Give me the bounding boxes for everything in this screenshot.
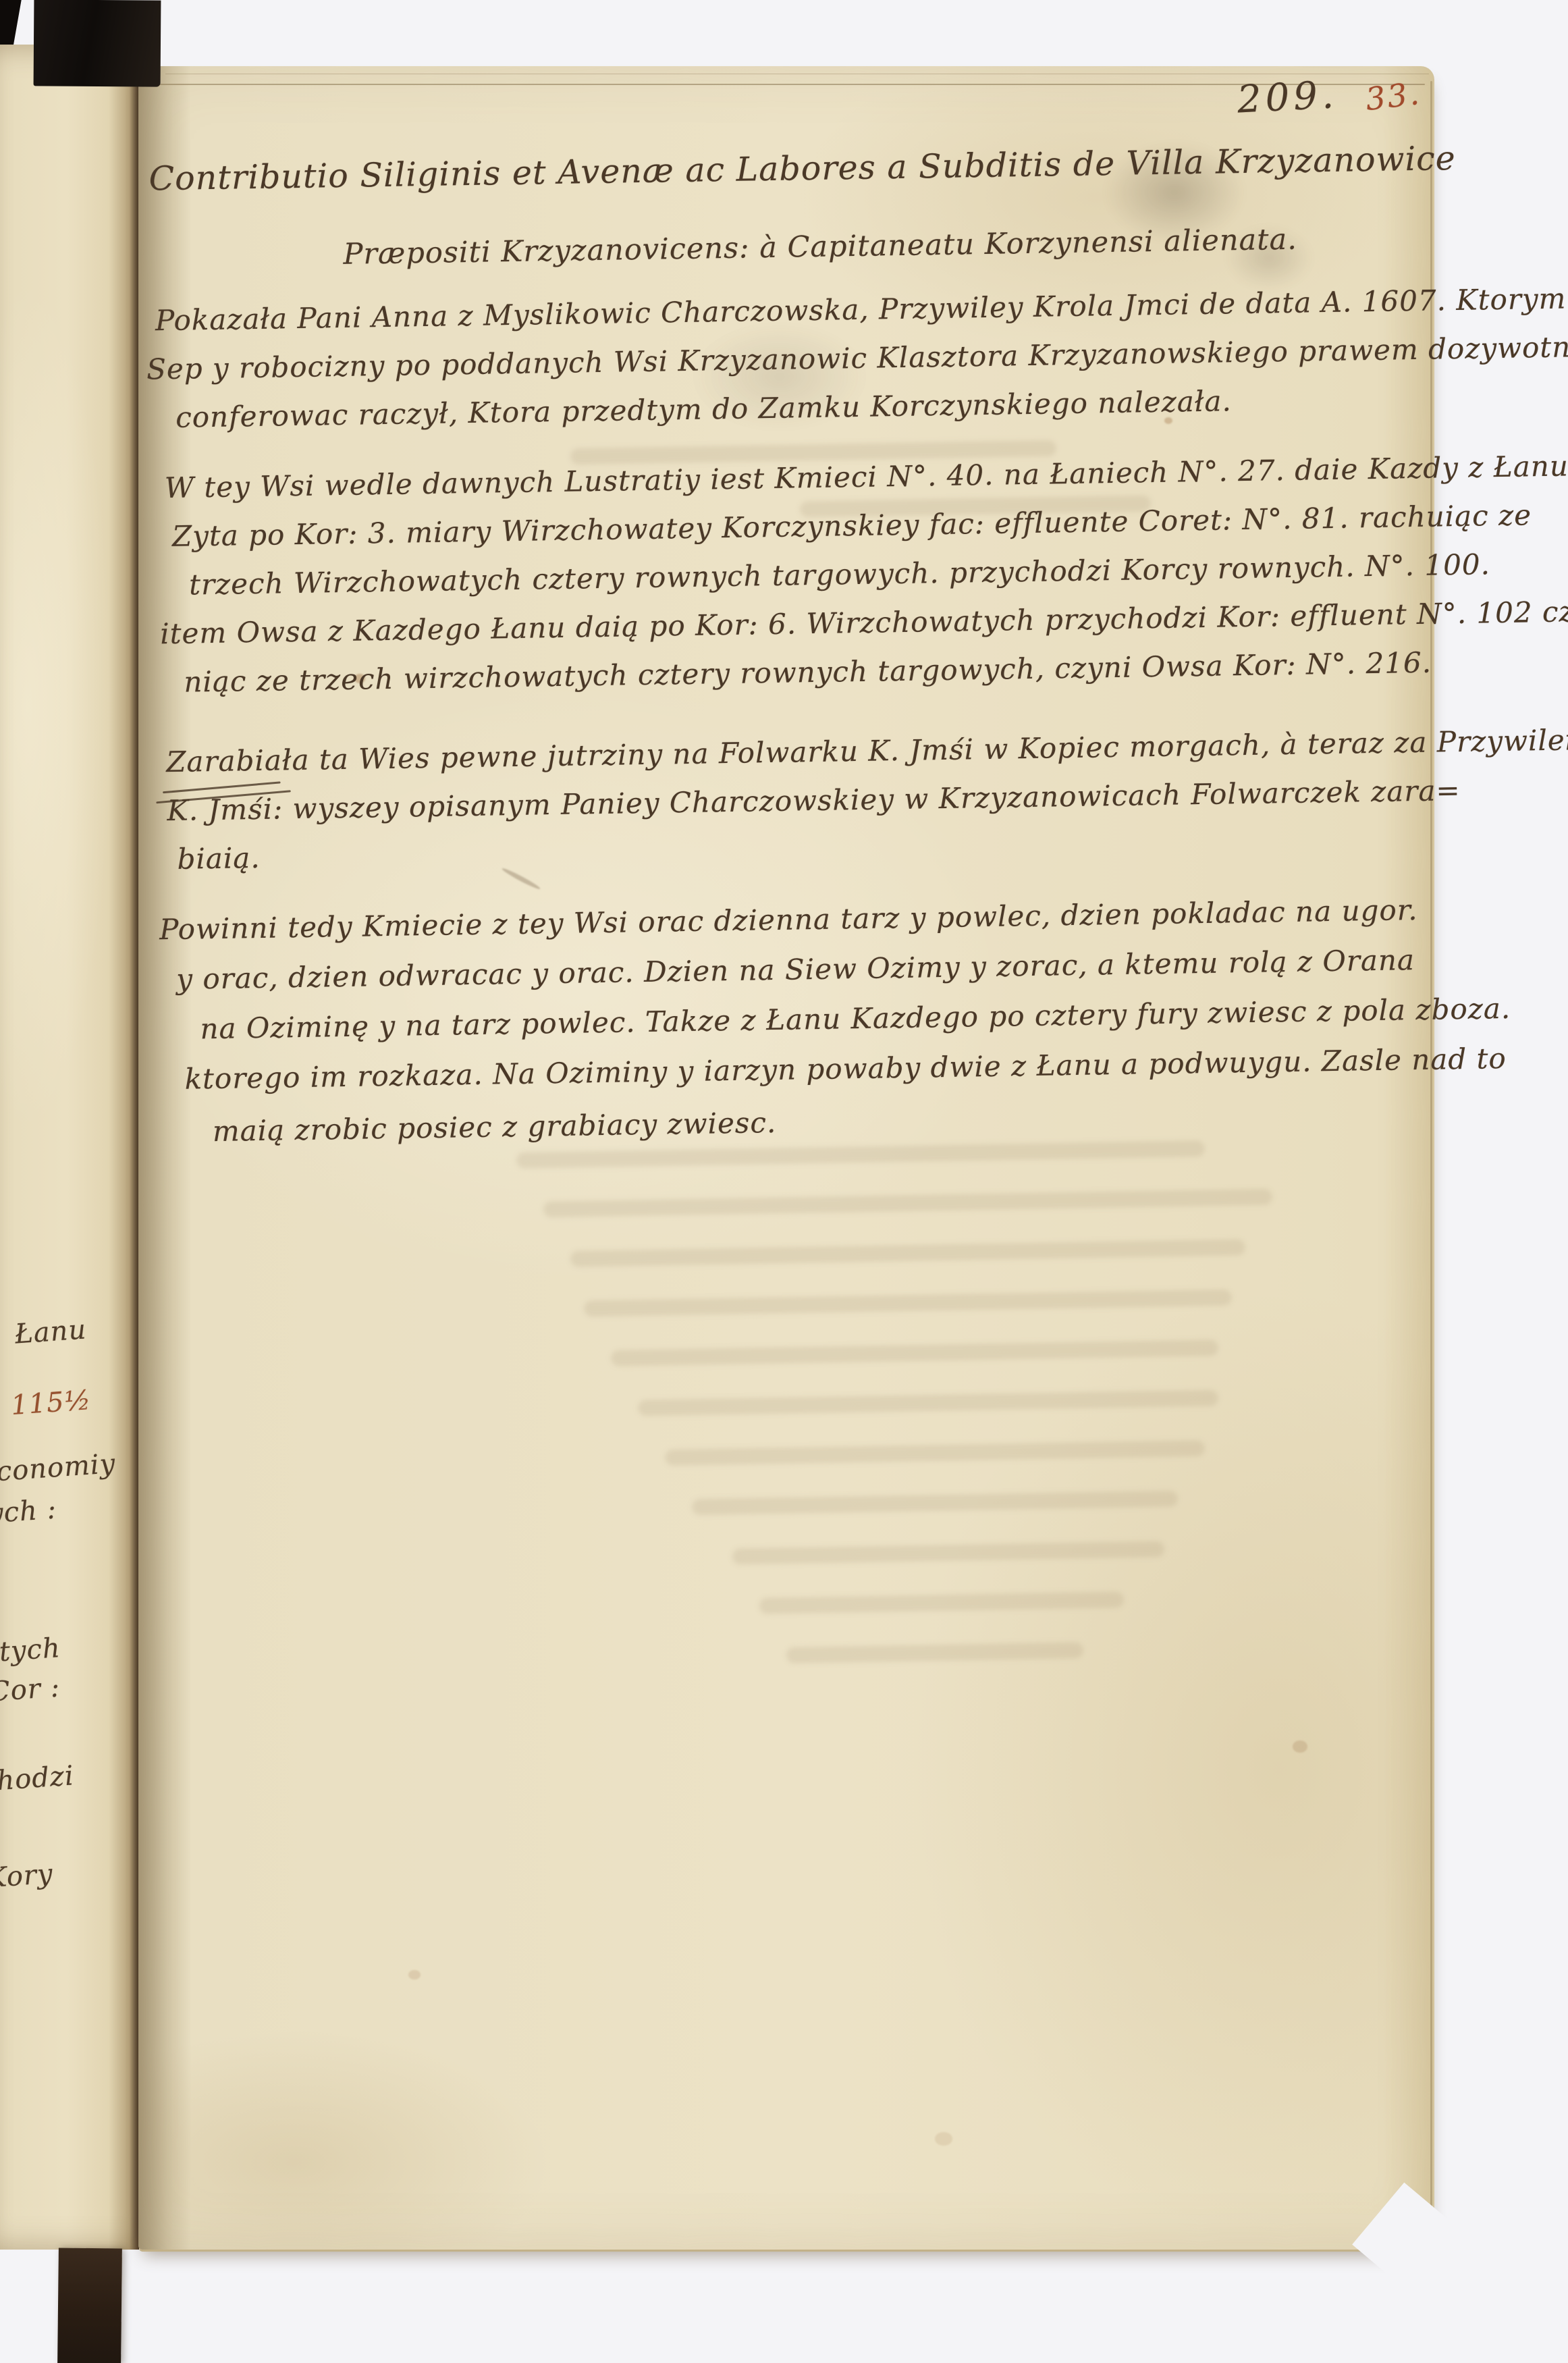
paragraph-line: Pokazała Pani Anna z Myslikowic Charczow… bbox=[155, 282, 1567, 337]
paragraph-line: y orac, dzien odwracac y orac. Dzien na … bbox=[176, 943, 1415, 996]
title-line-1: Contributio Siliginis et Avenæ ac Labore… bbox=[148, 139, 1456, 198]
paragraph-line: maią zrobic posiec z grabiacy zwiesc. bbox=[212, 1106, 776, 1148]
folio-number: 209. bbox=[1236, 73, 1339, 122]
paragraph-line: item Owsa z Kazdego Łanu daią po Kor: 6.… bbox=[160, 594, 1568, 650]
paragraph-line: Zarabiała ta Wies pewne jutrziny na Folw… bbox=[166, 722, 1568, 778]
paragraph-line: K. Jmśi: wyszey opisanym Paniey Charczow… bbox=[167, 774, 1461, 827]
facing-page-edge: Łanu : 115½ economiy ych : atych Cor : c… bbox=[0, 45, 139, 2250]
margin-fragment: Kory bbox=[0, 1859, 54, 1894]
paragraph-line: na Oziminę y na tarz powlec. Takze z Łan… bbox=[200, 992, 1511, 1045]
paragraph-line: niąc ze trzech wirzchowatych cztery rown… bbox=[184, 646, 1432, 699]
paragraph-line: W tey Wsi wedle dawnych Lustratiy iest K… bbox=[164, 449, 1568, 504]
underline-flourish bbox=[163, 781, 281, 793]
paragraph-line: conferowac raczył, Ktora przedtym do Zam… bbox=[175, 384, 1232, 434]
folio-number-red: 33. bbox=[1363, 75, 1423, 117]
margin-fragment: atych bbox=[0, 1632, 61, 1669]
margin-fragment: Cor : bbox=[0, 1672, 61, 1707]
handwritten-content: 209. 33. Contributio Siliginis et Avenæ … bbox=[138, 46, 1468, 2250]
bookmark-ribbon-tail bbox=[57, 2248, 122, 2363]
paragraph-line: Sep y robocizny po poddanych Wsi Krzyzan… bbox=[146, 329, 1568, 386]
paragraph-line: Powinni tedy Kmiecie z tey Wsi orac dzie… bbox=[159, 893, 1418, 946]
manuscript-page: 209. 33. Contributio Siliginis et Avenæ … bbox=[138, 66, 1434, 2250]
margin-fragment: chodzi bbox=[0, 1760, 75, 1797]
paragraph-line: trzech Wirzchowatych cztery rownych targ… bbox=[189, 548, 1491, 601]
manuscript-scan: Łanu : 115½ economiy ych : atych Cor : c… bbox=[0, 0, 1568, 2363]
paragraph-line: biaią. bbox=[177, 841, 261, 876]
bookmark-ribbon-top bbox=[34, 0, 161, 87]
paragraph-line: Zyta po Kor: 3. miary Wirzchowatey Korcz… bbox=[172, 498, 1532, 553]
margin-fragment: ych : bbox=[0, 1494, 57, 1530]
margin-fragment: economiy bbox=[0, 1448, 117, 1489]
title-line-2: Præpositi Krzyzanovicens: à Capitaneatu … bbox=[343, 223, 1297, 271]
margin-fragment: : 115½ bbox=[0, 1385, 92, 1423]
margin-fragment: Łanu bbox=[14, 1314, 88, 1350]
paragraph-line: ktorego im rozkaza. Na Oziminy y iarzyn … bbox=[184, 1042, 1507, 1096]
